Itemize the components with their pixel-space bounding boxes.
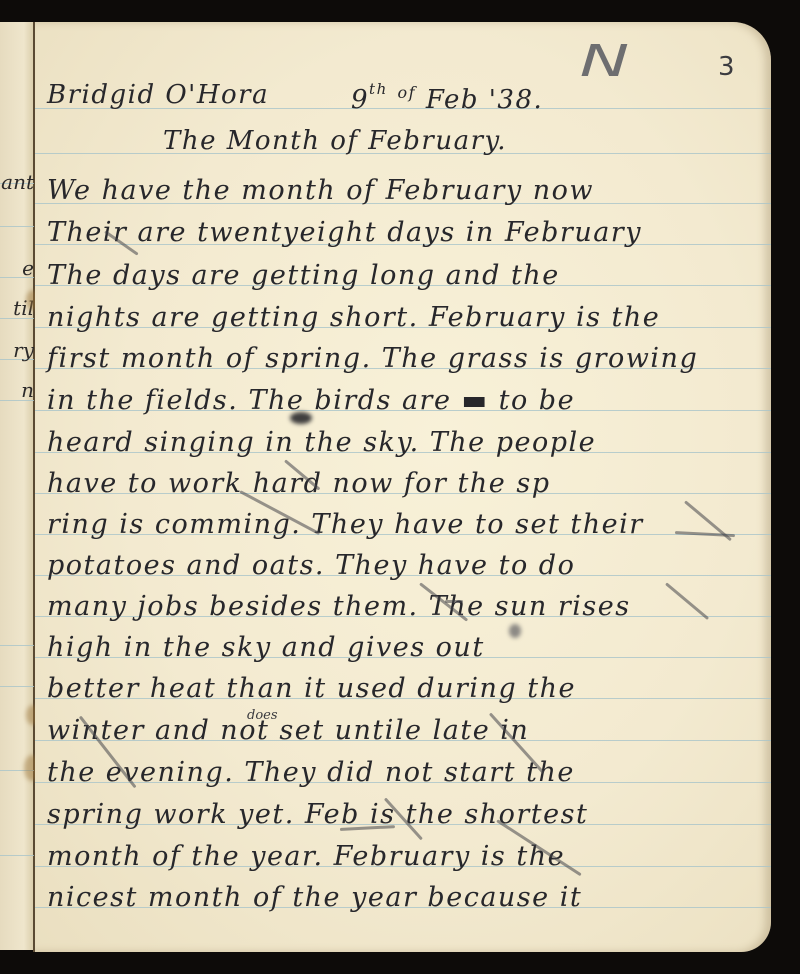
text-line: first month of spring. The grass is grow… (47, 343, 698, 374)
text-line: nights are getting short. February is th… (47, 302, 660, 333)
ink-blot (290, 412, 312, 424)
correction-mark (445, 600, 463, 603)
margin-fragment: n (0, 378, 34, 402)
ruled-line (0, 645, 34, 646)
ink-blot (509, 624, 521, 638)
notebook-page: N 3 Bridgid O'Hora 9th of Feb '38. The M… (35, 22, 771, 952)
text-line: nicest month of the year because it (47, 882, 582, 913)
text-line: heard singing in the sky. The people (47, 427, 596, 458)
text-line: in the fields. The birds are ▬ to be (47, 385, 575, 416)
text-line: many jobs besides them. The sun rises (47, 591, 631, 622)
text-line: The days are getting long and the (47, 260, 560, 291)
pencil-initial: N (580, 36, 629, 87)
margin-fragment: ry (0, 338, 34, 362)
text-line: month of the year. February is the (47, 841, 565, 872)
text-line: Their are twentyeight days in February (47, 217, 642, 248)
author-name: Bridgid O'Hora (47, 80, 269, 110)
ruled-line (0, 855, 34, 856)
inserted-word: does (247, 708, 278, 723)
text-line: high in the sky and gives out (47, 632, 485, 663)
text-line: We have the month of February now (47, 175, 594, 206)
margin-fragment: e (0, 256, 34, 280)
text-line: winter and not set untile late in (47, 715, 529, 746)
entry-title: The Month of February. (163, 126, 507, 156)
facing-page-edge (0, 22, 34, 950)
ruled-line (0, 226, 34, 227)
correction-mark (675, 531, 735, 537)
margin-fragment: ant (0, 170, 34, 194)
ruled-line (0, 686, 34, 687)
entry-date: 9th of Feb '38. (351, 80, 543, 115)
correction-mark (665, 582, 709, 620)
page-number: 3 (718, 52, 735, 82)
text-line: ring is comming. They have to set their (47, 509, 644, 540)
text-line: potatoes and oats. They have to do (47, 550, 575, 581)
text-line: better heat than it used during the (47, 673, 576, 704)
